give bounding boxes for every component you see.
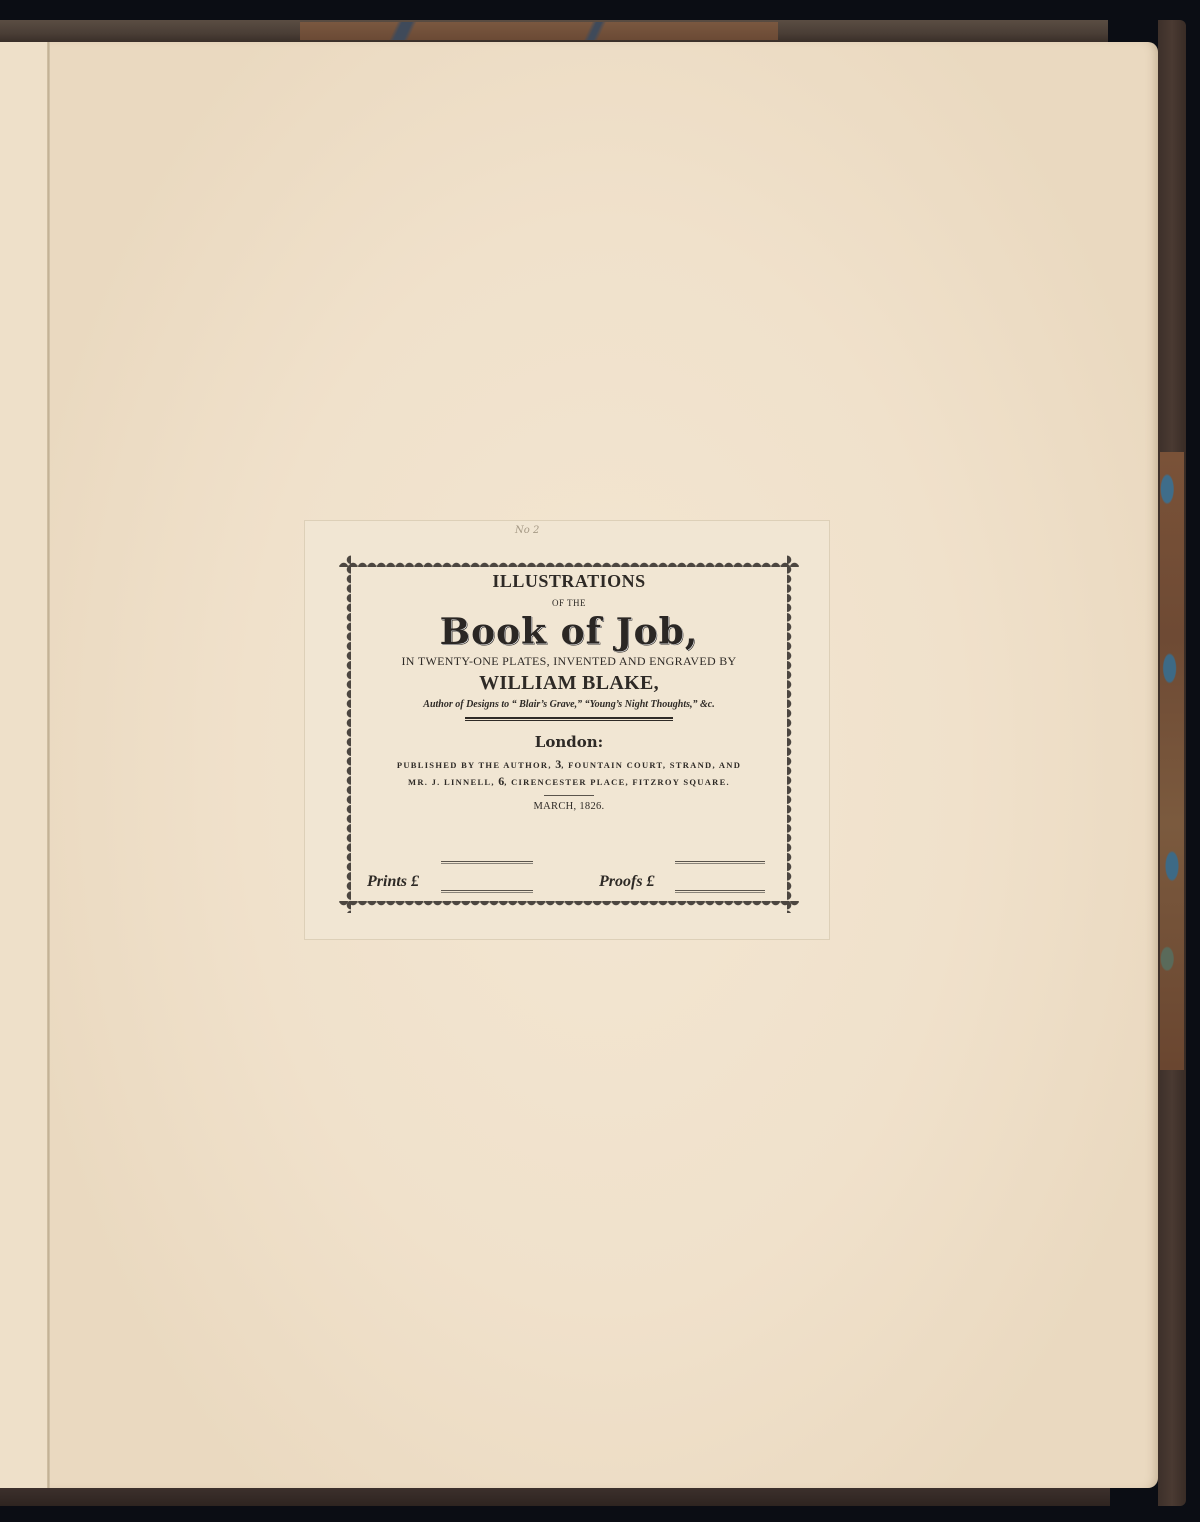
marbled-board-right [1160,452,1184,1070]
title-book-of-job: Book of Job, [353,612,785,652]
publication-date: MARCH, 1826. [353,801,785,812]
border-left [339,555,351,913]
title-illustrations: ILLUSTRATIONS [353,571,785,592]
marbled-board-top [300,22,778,40]
border-bottom [339,901,799,913]
ornamental-border: ILLUSTRATIONS OF THE Book of Job, IN TWE… [339,555,799,913]
price-row: Prints £ Proofs £ [353,859,785,895]
author-name: WILLIAM BLAKE, [353,672,785,695]
prints-price-label: Prints £ [367,873,419,891]
publisher-line-1: PUBLISHED BY THE AUTHOR, 3, FOUNTAIN COU… [353,756,785,773]
border-right [787,555,799,913]
border-top [339,555,799,567]
subtitle-plates: IN TWENTY-ONE PLATES, INVENTED AND ENGRA… [353,654,785,669]
title-of-the: OF THE [353,598,785,608]
imprint-place: London: [353,733,785,751]
proofs-price-label: Proofs £ [599,873,655,891]
handwritten-note: No 2 [515,525,539,536]
title-label-plate: No 2 ILLUSTRATIONS OF THE Book of Job, I… [304,520,830,940]
publisher-info: PUBLISHED BY THE AUTHOR, 3, FOUNTAIN COU… [353,756,785,790]
author-credits: Author of Designs to “ Blair’s Grave,” “… [353,699,785,710]
publisher-line-2: MR. J. LINNELL, 6, CIRENCESTER PLACE, FI… [353,773,785,790]
label-content: ILLUSTRATIONS OF THE Book of Job, IN TWE… [353,567,785,901]
double-rule-divider [465,717,673,721]
short-rule [544,795,594,796]
proofs-price-blank [675,859,765,895]
right-page: No 2 ILLUSTRATIONS OF THE Book of Job, I… [50,42,1158,1488]
book-cover-bottom-edge [0,1488,1110,1506]
prints-price-blank [441,859,533,895]
book-scan: No 2 ILLUSTRATIONS OF THE Book of Job, I… [0,0,1200,1522]
left-page-sliver [0,42,48,1488]
